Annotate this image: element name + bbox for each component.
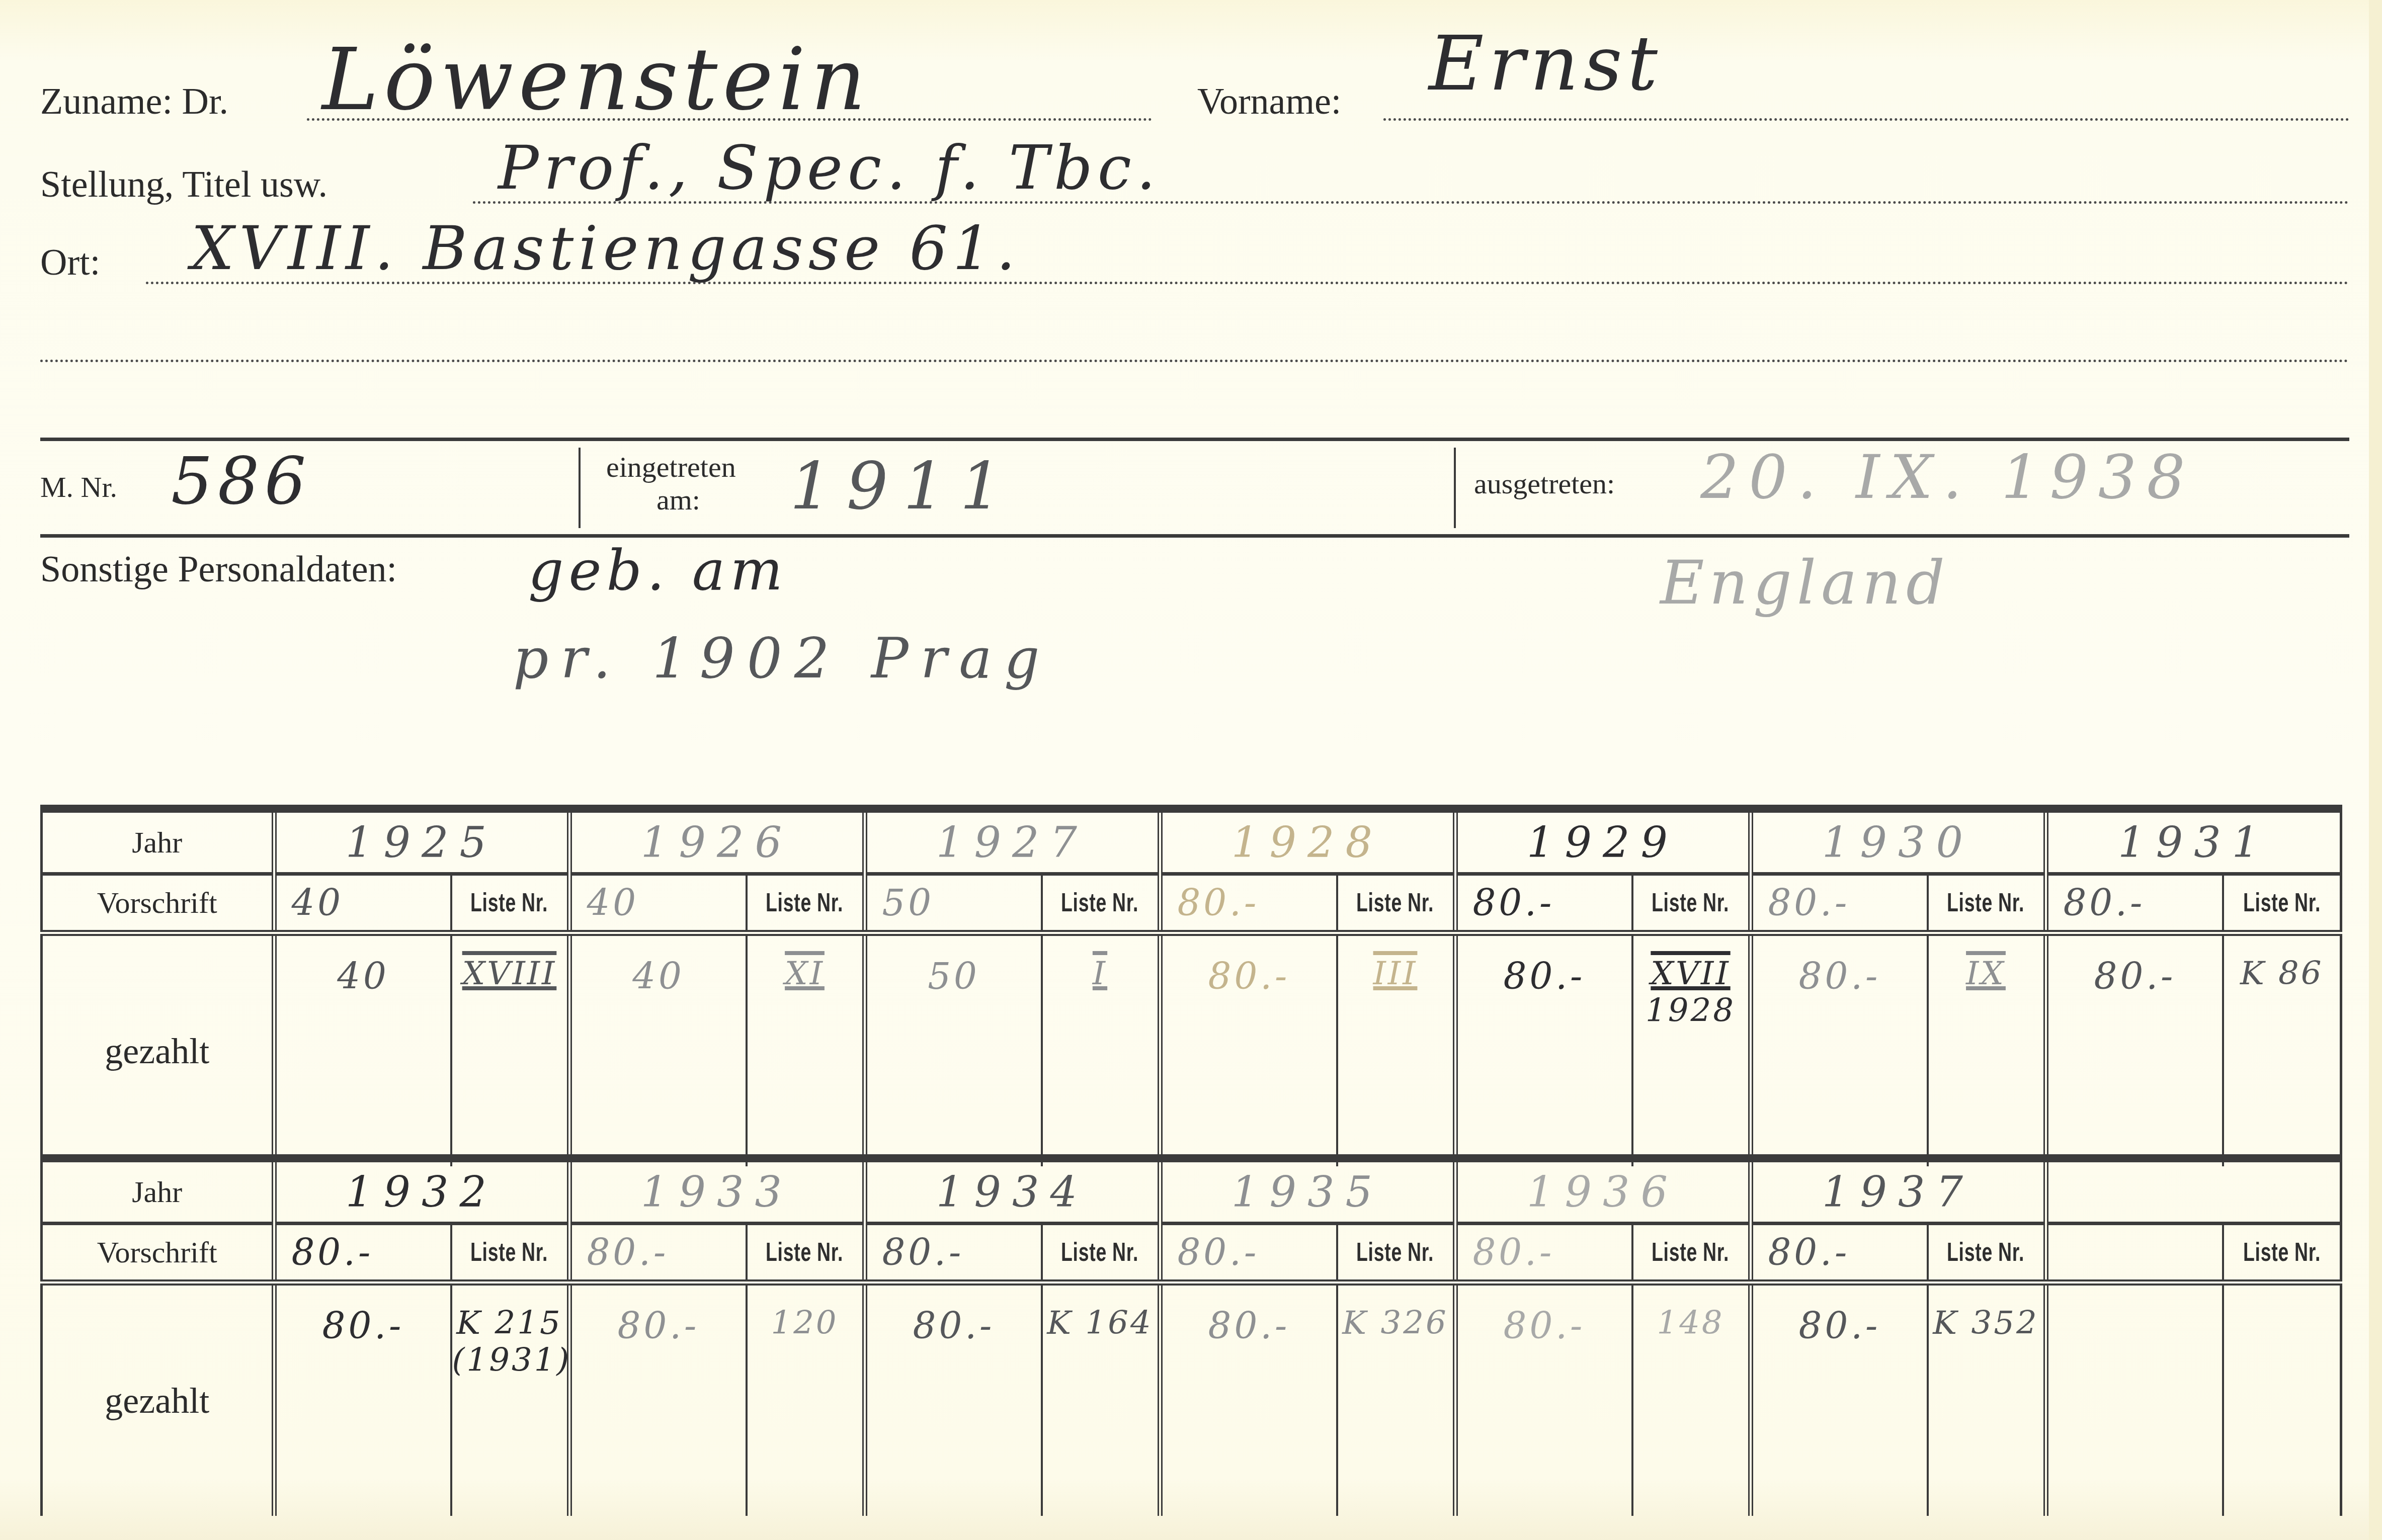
gezahlt-cell: 80.-: [274, 1282, 451, 1516]
liste-header-cell: Liste Nr.: [1042, 1224, 1160, 1283]
liste-value: K 215: [452, 1305, 567, 1342]
stellung-value: Prof., Spec. f. Tbc.: [498, 133, 1161, 203]
vorschrift-label: Vorschrift: [97, 886, 217, 919]
liste-nr-label: Liste Nr.: [1356, 1237, 1434, 1267]
mnr-value: 586: [171, 443, 311, 519]
year-cell: 1925: [274, 809, 569, 874]
gezahlt-label: gezahlt: [105, 1381, 209, 1421]
gezahlt-cell: 80.-: [1160, 1282, 1337, 1516]
year-value: 1926: [641, 818, 793, 867]
liste-header-cell: Liste Nr.: [451, 874, 569, 933]
ort-label: Ort:: [40, 241, 100, 284]
ausgetreten-label: ausgetreten:: [1474, 467, 1615, 500]
liste-cell: K 164: [1042, 1282, 1160, 1516]
liste-cell: XVII1928: [1632, 933, 1751, 1166]
row-vorschrift: Vorschrift40Liste Nr.40Liste Nr.50Liste …: [42, 874, 2341, 933]
gezahlt-value: 80.-: [618, 1305, 700, 1347]
year-cell: 1937: [1751, 1158, 2046, 1224]
liste-value: IX: [1929, 955, 2043, 992]
liste-value: K 326: [1338, 1305, 1453, 1342]
row-gezahlt: gezahlt40XVIII40XI50I80.-III80.-XVII1928…: [42, 933, 2341, 1166]
liste-header-cell: Liste Nr.: [747, 1224, 865, 1283]
personal-label: Sonstige Personaldaten:: [40, 548, 397, 591]
vorschrift-value: 80.-: [1458, 882, 1631, 924]
gezahlt-cell: 80.-: [569, 1282, 747, 1516]
vorschrift-cell: 80.-: [274, 1224, 451, 1283]
liste-nr-label: Liste Nr.: [2243, 888, 2321, 918]
row-jahr: Jahr193219331934193519361937: [42, 1158, 2341, 1224]
liste-extra: (1931): [452, 1342, 567, 1379]
liste-cell: XI: [747, 933, 865, 1166]
gezahlt-cell: 80.-: [1455, 1282, 1632, 1516]
vorschrift-value: 40: [572, 882, 746, 924]
ausgetreten-value: 20. IX. 1938: [1700, 443, 2195, 512]
gezahlt-cell: 80.-: [1751, 933, 1928, 1166]
year-cell: 1933: [569, 1158, 865, 1224]
vorschrift-value: 80.-: [1753, 882, 1927, 924]
liste-value: 120: [748, 1305, 862, 1342]
divider-2: [1454, 448, 1456, 528]
vorschrift-cell: 80.-: [1751, 874, 1928, 933]
liste-value: XVII: [1633, 955, 1748, 992]
liste-header-cell: Liste Nr.: [1928, 1224, 2046, 1283]
liste-header-cell: Liste Nr.: [1042, 874, 1160, 933]
liste-nr-label: Liste Nr.: [1652, 888, 1729, 918]
ausgetreten-note: England: [1660, 548, 1950, 618]
year-value: 1925: [346, 818, 498, 867]
gezahlt-cell: 50: [865, 933, 1042, 1166]
year-cell: 1928: [1160, 809, 1455, 874]
year-cell: 1926: [569, 809, 865, 874]
gezahlt-label: gezahlt: [105, 1031, 209, 1071]
eingetreten-label: eingetreten: [606, 450, 736, 484]
liste-nr-label: Liste Nr.: [1061, 1237, 1138, 1267]
year-cell: 1930: [1751, 809, 2046, 874]
eingetreten-value: 1911: [790, 448, 1017, 524]
liste-value: 148: [1633, 1305, 1748, 1342]
vorschrift-value: 40: [277, 882, 450, 924]
gezahlt-value: 80.-: [1799, 955, 1881, 997]
gezahlt-cell: 40: [274, 933, 451, 1166]
year-cell: 1934: [865, 1158, 1160, 1224]
year-value: 1929: [1527, 818, 1679, 867]
year-cell: 1929: [1455, 809, 1751, 874]
liste-header-cell: Liste Nr.: [451, 1224, 569, 1283]
gezahlt-value: 80.-: [2094, 955, 2176, 997]
gezahlt-value: 80.-: [913, 1305, 995, 1347]
gezahlt-value: 80.-: [1208, 955, 1290, 997]
liste-extra: 1928: [1633, 992, 1748, 1030]
gezahlt-cell: 80.-: [1160, 933, 1337, 1166]
gezahlt-cell: 80.-: [1751, 1282, 1928, 1516]
gezahlt-value: 50: [928, 955, 980, 997]
year-cell: [2046, 1158, 2341, 1224]
personal-line2: pr. 1902 Prag: [513, 626, 1051, 691]
gezahlt-cell: 80.-: [865, 1282, 1042, 1516]
liste-nr-label: Liste Nr.: [766, 888, 843, 918]
vorschrift-cell: 80.-: [1160, 1224, 1337, 1283]
year-value: 1931: [2118, 818, 2270, 867]
liste-cell: [2223, 1282, 2341, 1516]
index-card: Zuname: Dr. Löwenstein Vorname: Ernst St…: [0, 0, 2382, 1540]
year-value: 1937: [1822, 1167, 1974, 1217]
card-edge: [2369, 0, 2382, 1540]
vorschrift-cell: [2046, 1224, 2223, 1283]
rule-bottom: [40, 534, 2349, 538]
gezahlt-value: 80.-: [1799, 1305, 1881, 1347]
row-label-jahr: Jahr: [42, 1158, 274, 1224]
vorschrift-cell: 50: [865, 874, 1042, 933]
payment-table-1925-1931: Jahr1925192619271928192919301931Vorschri…: [40, 805, 2339, 1166]
gezahlt-cell: 80.-: [1455, 933, 1632, 1166]
row-label-jahr: Jahr: [42, 809, 274, 874]
vorschrift-value: 80.-: [572, 1231, 746, 1273]
row-gezahlt: gezahlt80.-K 215(1931)80.-12080.-K 16480…: [42, 1282, 2341, 1516]
year-value: 1927: [936, 818, 1088, 867]
year-value: 1932: [346, 1167, 498, 1217]
liste-cell: 148: [1632, 1282, 1751, 1516]
liste-header-cell: Liste Nr.: [2223, 1224, 2341, 1283]
gezahlt-value: 80.-: [1504, 1305, 1586, 1347]
liste-nr-label: Liste Nr.: [470, 1237, 548, 1267]
liste-cell: 120: [747, 1282, 865, 1516]
mnr-label: M. Nr.: [40, 470, 117, 504]
liste-value: I: [1043, 955, 1158, 992]
gezahlt-value: 40: [337, 955, 389, 997]
liste-cell: K 352: [1928, 1282, 2046, 1516]
liste-nr-label: Liste Nr.: [766, 1237, 843, 1267]
liste-cell: III: [1337, 933, 1455, 1166]
liste-header-cell: Liste Nr.: [1337, 1224, 1455, 1283]
liste-cell: K 326: [1337, 1282, 1455, 1516]
zuname-value: Löwenstein: [322, 30, 871, 130]
liste-nr-label: Liste Nr.: [470, 888, 548, 918]
liste-header-cell: Liste Nr.: [1632, 1224, 1751, 1283]
vorname-label: Vorname:: [1197, 80, 1341, 123]
row-label-gezahlt: gezahlt: [42, 1282, 274, 1516]
row-vorschrift: Vorschrift80.-Liste Nr.80.-Liste Nr.80.-…: [42, 1224, 2341, 1283]
liste-cell: IX: [1928, 933, 2046, 1166]
vorname-dotted-line: [1383, 118, 2349, 121]
gezahlt-cell: 80.-: [2046, 933, 2223, 1166]
liste-nr-label: Liste Nr.: [2243, 1237, 2321, 1267]
liste-cell: K 215(1931): [451, 1282, 569, 1516]
vorname-value: Ernst: [1429, 20, 1663, 108]
row-label-gezahlt: gezahlt: [42, 933, 274, 1166]
year-value: 1936: [1527, 1167, 1679, 1217]
vorschrift-cell: 80.-: [1160, 874, 1337, 933]
stellung-label: Stellung, Titel usw.: [40, 163, 327, 206]
divider-1: [579, 448, 581, 528]
jahr-label: Jahr: [132, 826, 182, 859]
vorschrift-value: 80.-: [2048, 882, 2222, 924]
year-cell: 1932: [274, 1158, 569, 1224]
liste-value: III: [1338, 955, 1453, 992]
blank-dotted-line: [40, 360, 2349, 362]
vorschrift-value: 80.-: [1163, 882, 1336, 924]
liste-nr-label: Liste Nr.: [1947, 1237, 2024, 1267]
vorschrift-cell: 80.-: [1455, 1224, 1632, 1283]
liste-nr-label: Liste Nr.: [1652, 1237, 1729, 1267]
vorschrift-label: Vorschrift: [97, 1236, 217, 1269]
liste-cell: I: [1042, 933, 1160, 1166]
year-cell: 1935: [1160, 1158, 1455, 1224]
vorschrift-cell: 80.-: [1455, 874, 1632, 933]
gezahlt-cell: 40: [569, 933, 747, 1166]
row-label-vorschrift: Vorschrift: [42, 874, 274, 933]
liste-header-cell: Liste Nr.: [2223, 874, 2341, 933]
year-cell: 1927: [865, 809, 1160, 874]
gezahlt-cell: [2046, 1282, 2223, 1516]
liste-cell: K 86: [2223, 933, 2341, 1166]
vorschrift-cell: 40: [569, 874, 747, 933]
gezahlt-value: 80.-: [1208, 1305, 1290, 1347]
year-value: 1934: [936, 1167, 1088, 1217]
ort-value: XVIII. Bastiengasse 61.: [191, 214, 1020, 284]
vorschrift-cell: 40: [274, 874, 451, 933]
row-jahr: Jahr1925192619271928192919301931: [42, 809, 2341, 874]
liste-header-cell: Liste Nr.: [1928, 874, 2046, 933]
row-label-vorschrift: Vorschrift: [42, 1224, 274, 1283]
liste-value: XVIII: [452, 955, 567, 992]
gezahlt-value: 80.-: [322, 1305, 404, 1347]
year-value: 1928: [1231, 818, 1383, 867]
liste-header-cell: Liste Nr.: [1337, 874, 1455, 933]
vorschrift-cell: 80.-: [1751, 1224, 1928, 1283]
liste-value: K 86: [2224, 955, 2340, 992]
gezahlt-value: 80.-: [1504, 955, 1586, 997]
liste-header-cell: Liste Nr.: [1632, 874, 1751, 933]
liste-value: XI: [748, 955, 862, 992]
liste-nr-label: Liste Nr.: [1947, 888, 2024, 918]
zuname-label: Zuname: Dr.: [40, 80, 228, 123]
year-value: 1935: [1231, 1167, 1383, 1217]
vorschrift-cell: 80.-: [2046, 874, 2223, 933]
vorschrift-value: 80.-: [867, 1231, 1041, 1273]
gezahlt-value: 40: [632, 955, 685, 997]
year-value: 1933: [641, 1167, 793, 1217]
liste-value: K 164: [1043, 1305, 1158, 1342]
vorschrift-value: 80.-: [1458, 1231, 1631, 1273]
liste-nr-label: Liste Nr.: [1061, 888, 1138, 918]
year-value: 1930: [1822, 818, 1974, 867]
rule-top: [40, 438, 2349, 441]
eingetreten-am-label: am:: [656, 483, 700, 517]
liste-header-cell: Liste Nr.: [747, 874, 865, 933]
liste-value: K 352: [1929, 1305, 2043, 1342]
personal-line1: geb. am: [528, 538, 788, 603]
year-cell: 1936: [1455, 1158, 1751, 1224]
vorschrift-value: 80.-: [277, 1231, 450, 1273]
liste-cell: XVIII: [451, 933, 569, 1166]
liste-nr-label: Liste Nr.: [1356, 888, 1434, 918]
vorschrift-cell: 80.-: [569, 1224, 747, 1283]
vorschrift-cell: 80.-: [865, 1224, 1042, 1283]
year-cell: 1931: [2046, 809, 2341, 874]
vorschrift-value: 50: [867, 882, 1041, 924]
payment-table-1932-1937: Jahr193219331934193519361937Vorschrift80…: [40, 1154, 2339, 1516]
vorschrift-value: 80.-: [1753, 1231, 1927, 1273]
jahr-label: Jahr: [132, 1175, 182, 1209]
vorschrift-value: 80.-: [1163, 1231, 1336, 1273]
